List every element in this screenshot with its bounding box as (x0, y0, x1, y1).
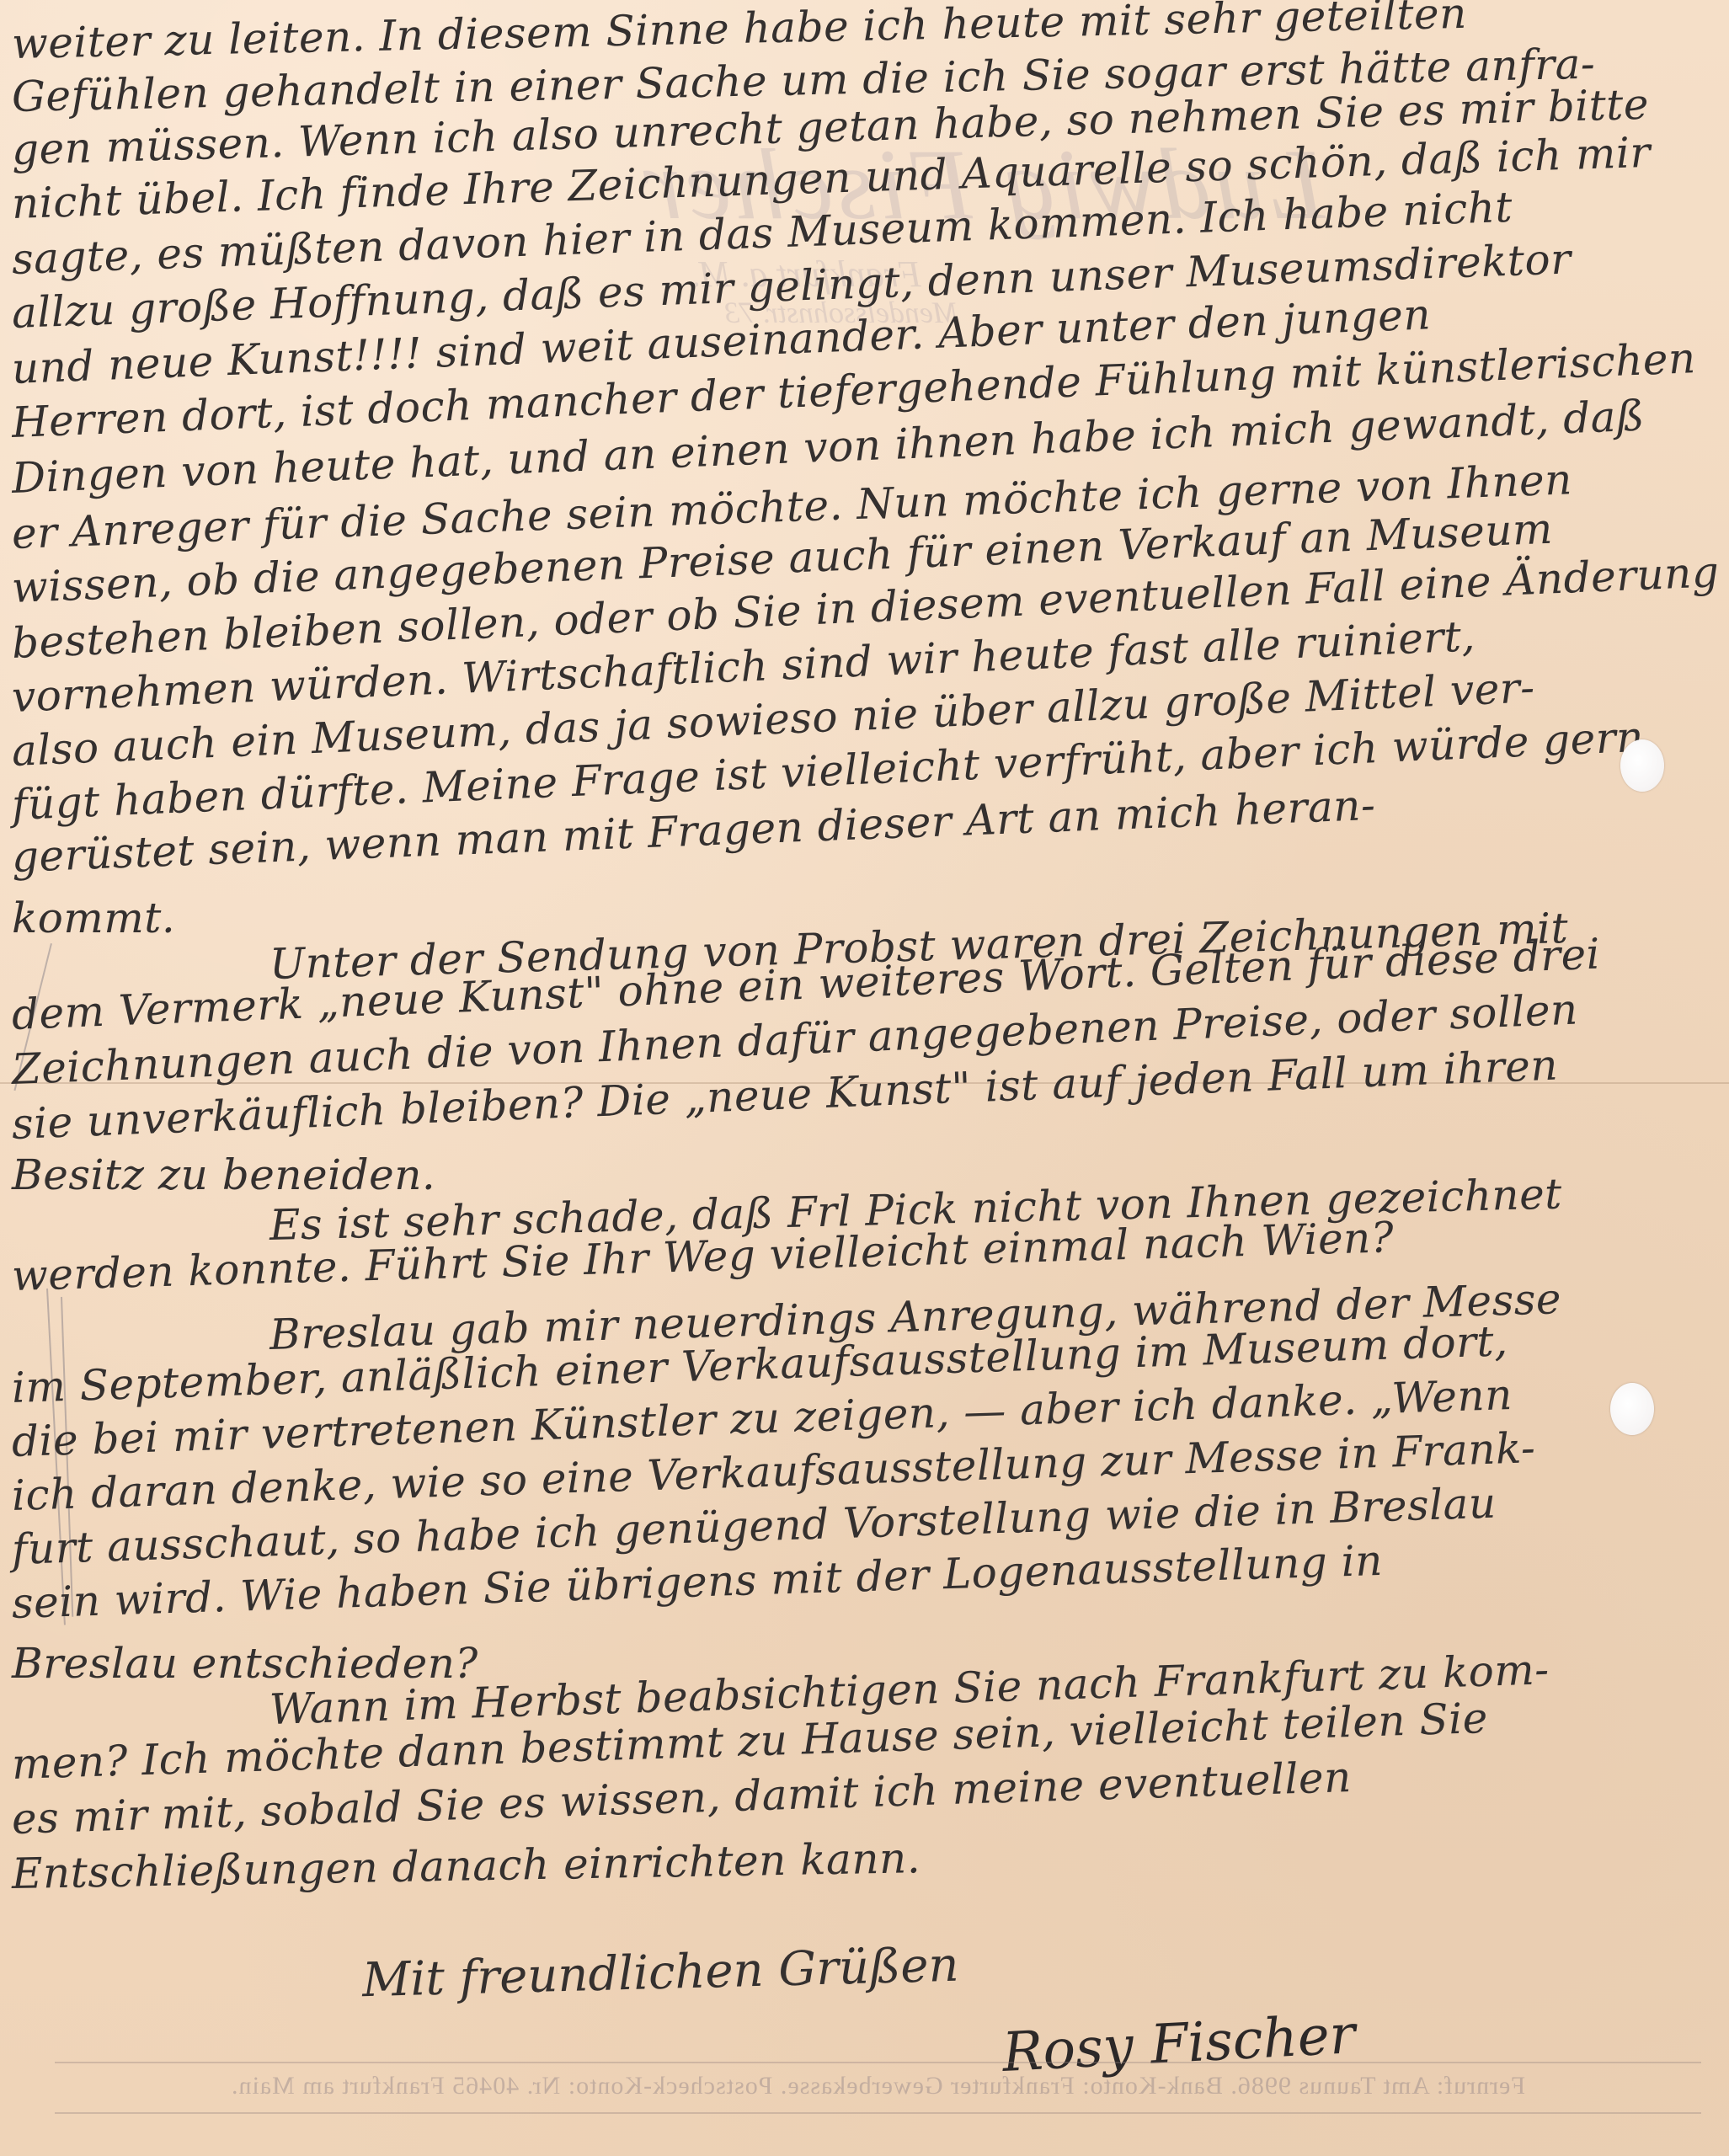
letterhead-footer: Fernruf: Amt Taunus 9986. Bank-Konto: Fr… (55, 2062, 1701, 2114)
letter-page: Ludwig Fischer Frankfurt a. M. Mendelsso… (0, 0, 1729, 2156)
letter-closing: Mit freundlichen Grüßen (361, 1938, 959, 2009)
punch-hole (1620, 739, 1664, 792)
letter-line: kommt. (12, 893, 175, 943)
letterhead-footer-text: Fernruf: Amt Taunus 9986. Bank-Konto: Fr… (55, 2072, 1701, 2100)
letter-line: Besitz zu beneiden. (12, 1150, 435, 1200)
letter-line: Entschließungen danach einrichten kann. (11, 1833, 921, 1899)
punch-hole (1610, 1383, 1654, 1435)
